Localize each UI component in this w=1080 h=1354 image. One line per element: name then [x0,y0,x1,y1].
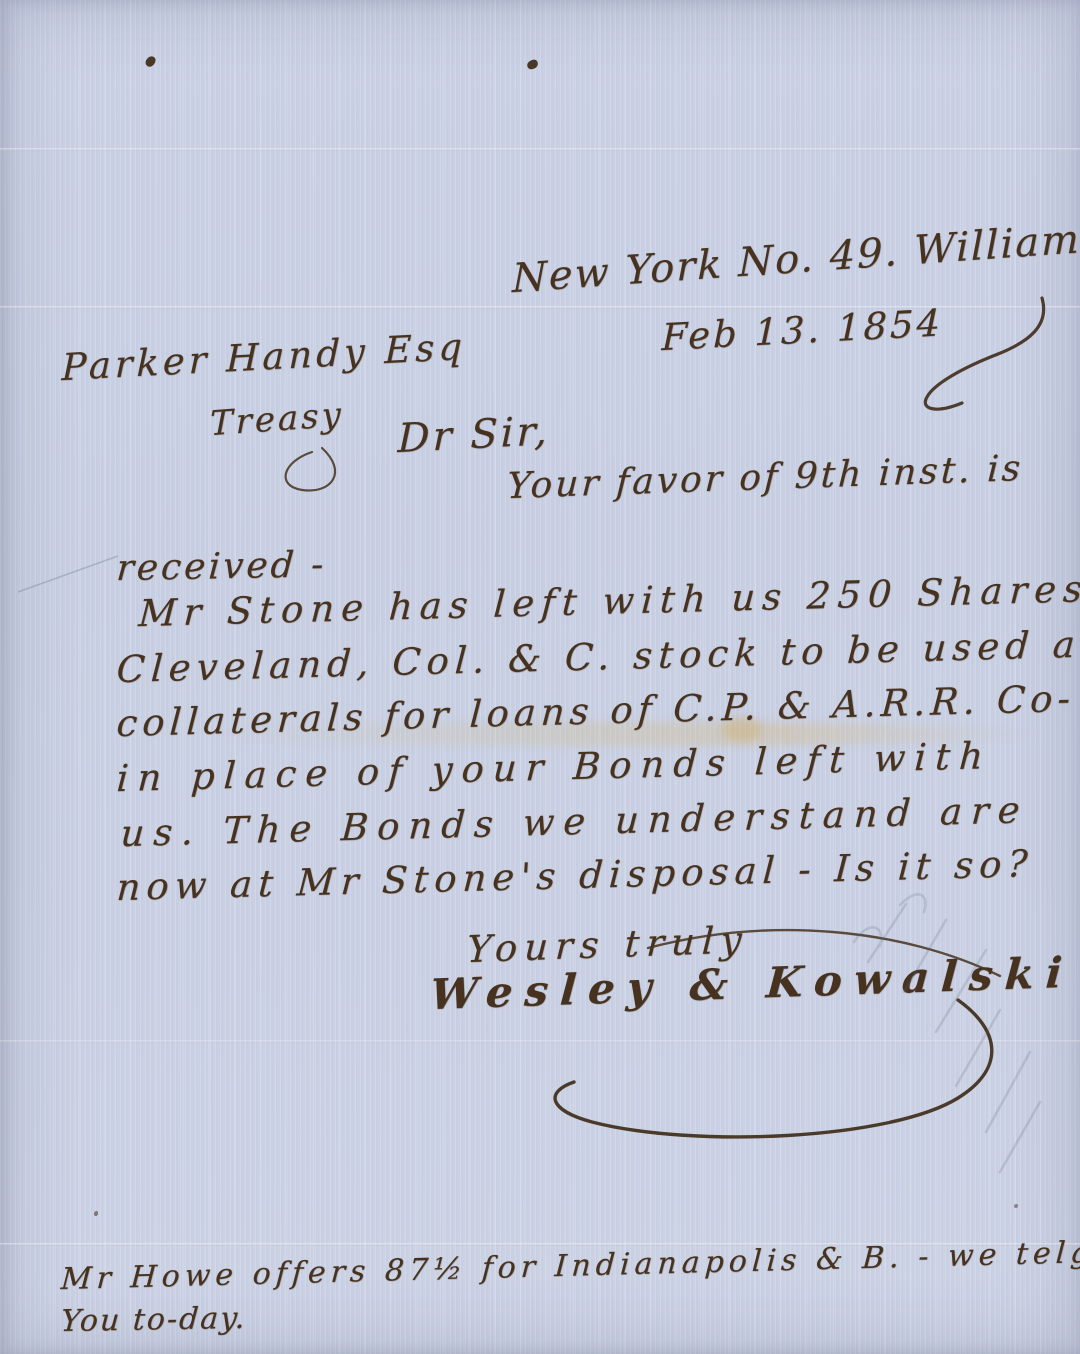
letter-page: New York No. 49. William St Feb 13. 1854… [0,0,1080,1354]
ink-speck [144,55,157,69]
body-line: Your favor of 9th inst. is [506,448,1024,507]
fold-crease-top [0,148,1080,151]
recipient-title: Treasy [210,395,344,444]
postscript-line-2: You to-day. [60,1301,248,1339]
fold-crease-lower [0,1040,1080,1043]
ink-speck [94,1211,98,1216]
salutation: Dr Sir, [397,408,550,462]
ink-speck [526,59,539,71]
recipient-name: Parker Handy Esq [61,325,466,389]
body-line: received - [115,544,328,589]
ink-bleedthrough-marks [854,894,1040,1172]
heading-place-line: New York No. 49. William St [512,212,1080,302]
heading-date-line: Feb 13. 1854 [661,301,943,359]
body-line: now at Mr Stone's disposal - Is it so? [115,842,1034,909]
ink-speck [1014,1204,1018,1208]
